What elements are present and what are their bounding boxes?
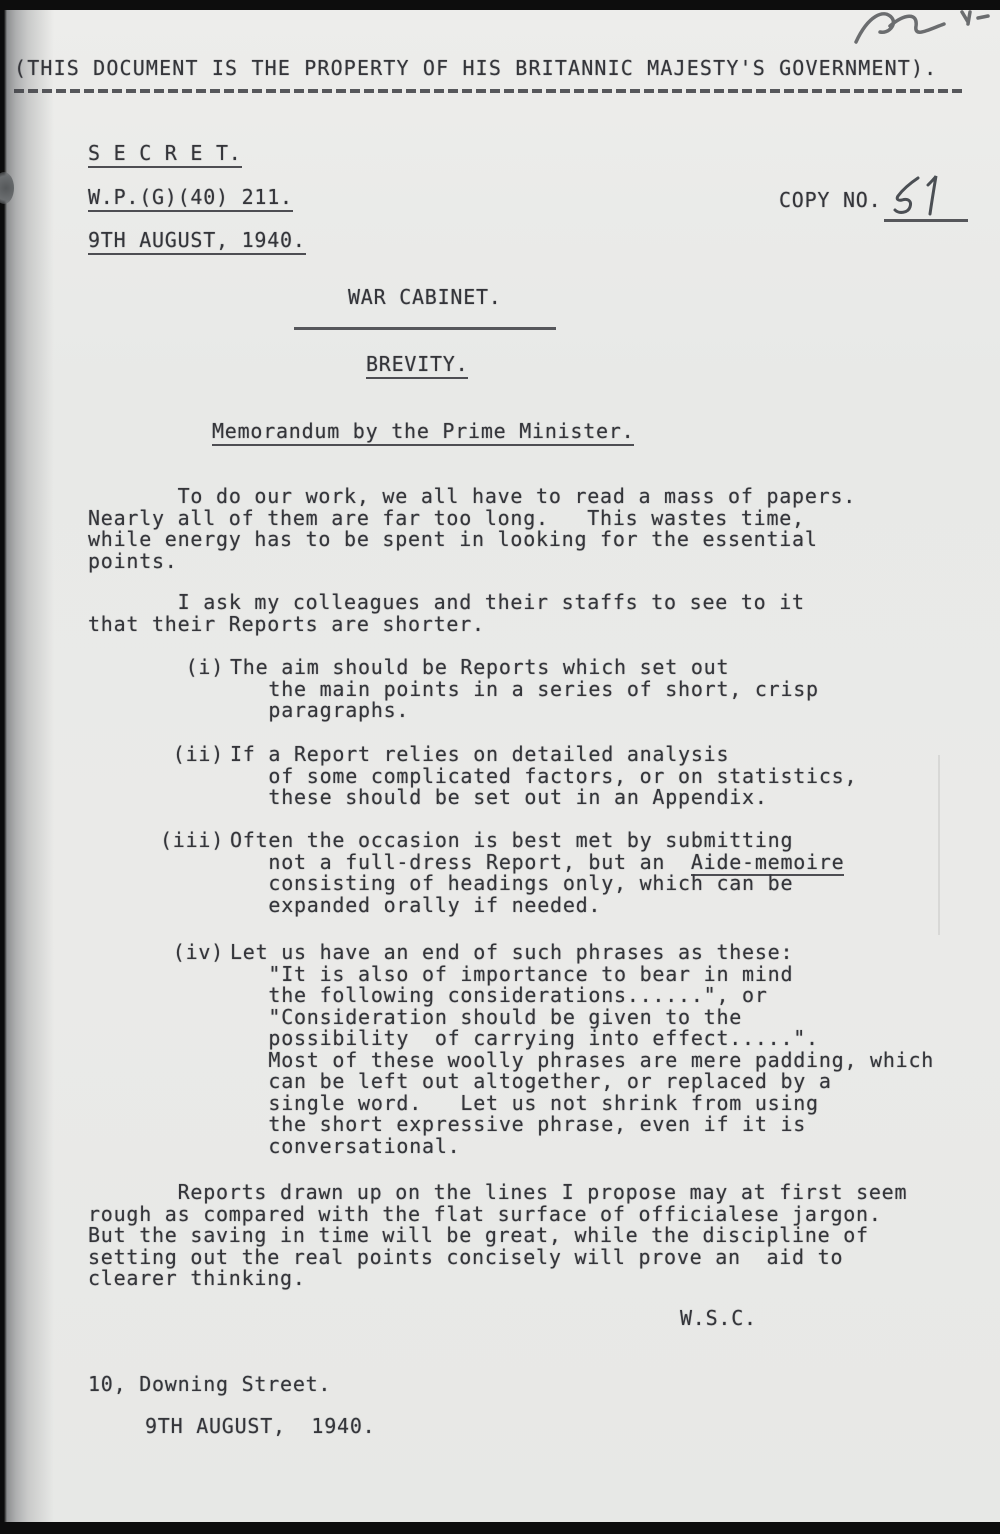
classification-heading: S E C R E T. [88, 143, 242, 168]
date-heading: 9TH AUGUST, 1940. [88, 230, 306, 255]
scan-binding-edge [0, 0, 54, 1534]
memo-heading-text: Memorandum by the Prime Minister. [212, 421, 634, 446]
list-item-ii-label: (ii) [140, 744, 224, 766]
scan-bottom-bar [0, 1522, 1000, 1534]
org-title: WAR CABINET. [348, 287, 502, 309]
list-item-i-label: (i) [140, 657, 224, 679]
document-title-text: BREVITY. [366, 354, 468, 379]
handwritten-copy-number [884, 172, 964, 222]
list-item-ii-text: If a Report relies on detailed analysis … [230, 744, 975, 809]
dashed-divider [14, 89, 966, 93]
reference-text: W.P.(G)(40) 211. [88, 187, 293, 212]
date-footer: 9TH AUGUST, 1940. [145, 1416, 375, 1438]
intro-paragraph-2: I ask my colleagues and their staffs to … [88, 592, 978, 635]
handwritten-initials-mark [850, 6, 994, 54]
date-heading-text: 9TH AUGUST, 1940. [88, 230, 306, 255]
classification-text: S E C R E T. [88, 143, 242, 168]
org-title-rule [294, 327, 556, 330]
memo-heading: Memorandum by the Prime Minister. [212, 421, 634, 446]
reference-number: W.P.(G)(40) 211. [88, 187, 293, 212]
copy-number-label: COPY NO. [779, 190, 881, 212]
intro-paragraph-1: To do our work, we all have to read a ma… [88, 486, 978, 572]
address-line: 10, Downing Street. [88, 1374, 331, 1396]
closing-paragraph: Reports drawn up on the lines I propose … [88, 1182, 983, 1290]
document-title: BREVITY. [366, 354, 468, 379]
copy-number-underline [884, 219, 968, 222]
list-item-iii-label: (iii) [140, 830, 224, 852]
list-item-iv-label: (iv) [140, 942, 224, 964]
list-item-iii-text: Often the occasion is best met by submit… [230, 830, 975, 916]
list-item-iii-text-after: consisting of headings only, which can b… [230, 871, 793, 917]
author-initials: W.S.C. [680, 1308, 757, 1330]
list-item-i-text: The aim should be Reports which set out … [230, 657, 975, 722]
list-item-iv-text: Let us have an end of such phrases as th… [230, 942, 978, 1157]
property-notice: (THIS DOCUMENT IS THE PROPERTY OF HIS BR… [14, 58, 984, 80]
scanned-document-page: (THIS DOCUMENT IS THE PROPERTY OF HIS BR… [0, 0, 1000, 1534]
